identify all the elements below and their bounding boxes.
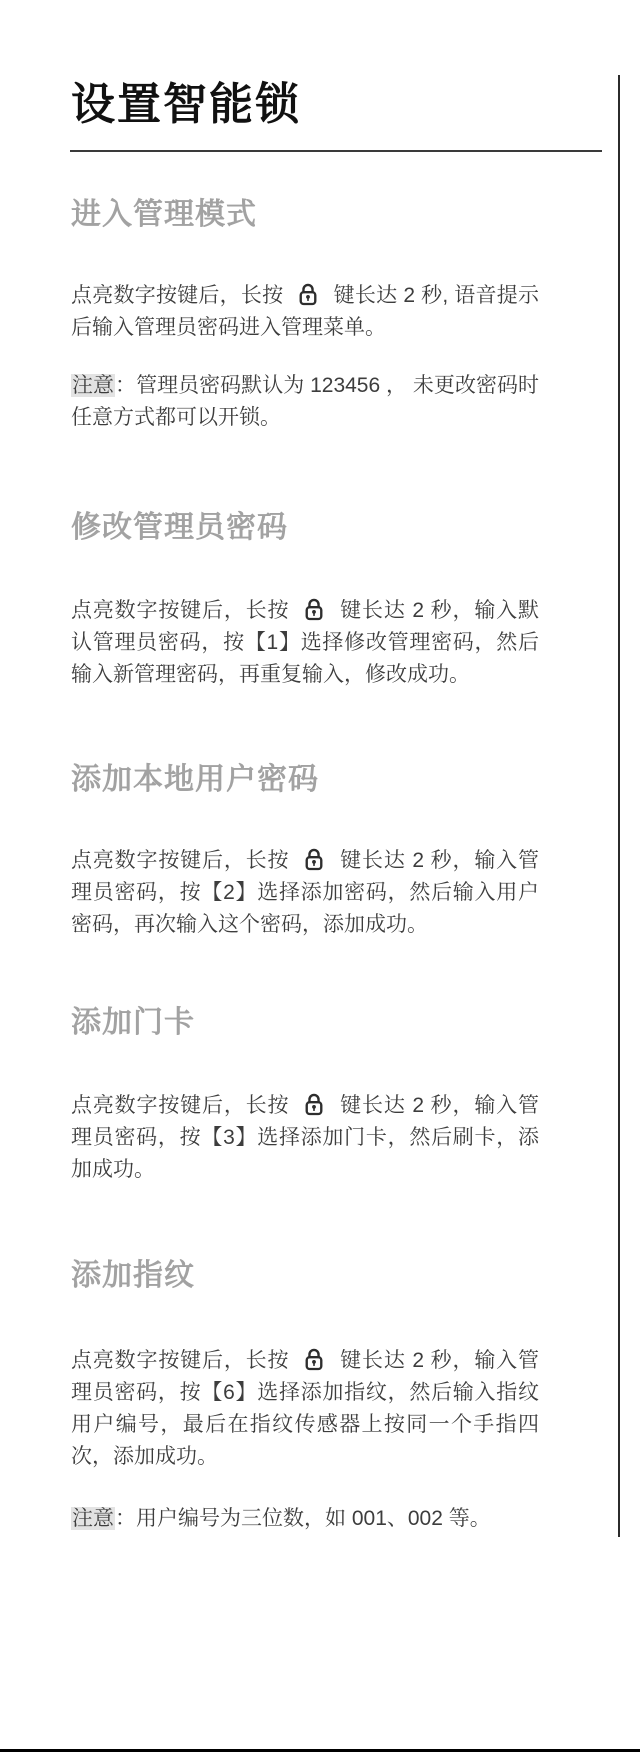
note-text: ：管理员密码默认为 123456 ， 未更改密码时任意方式都可以开锁。 (71, 374, 539, 429)
lock-icon (298, 282, 318, 306)
note: 注意：管理员密码默认为 123456 ， 未更改密码时任意方式都可以开锁。 (71, 370, 539, 434)
section-heading-add-local-user-password: 添加本地用户密码 (71, 762, 319, 798)
title-divider (70, 150, 602, 152)
paragraph-text: 点亮数字按键后，长按 (71, 599, 289, 622)
note-text: ：用户编号为三位数，如 001、002 等。 (115, 1507, 491, 1530)
page-title: 设置智能锁 (71, 80, 301, 131)
lock-icon (304, 597, 324, 621)
bottom-border-line (0, 1749, 640, 1752)
section-heading-add-fingerprint: 添加指纹 (71, 1258, 195, 1294)
section-paragraph: 点亮数字按键后，长按键长达 2 秒，输入管理员密码，按【3】选择添加门卡，然后刷… (71, 1090, 539, 1186)
paragraph-text: 点亮数字按键后，长按 (71, 1349, 289, 1372)
section-heading-change-admin-password: 修改管理员密码 (71, 510, 288, 546)
lock-icon (304, 1092, 324, 1116)
note-label: 注意 (71, 374, 115, 397)
lock-icon (304, 1347, 324, 1371)
section-paragraph: 点亮数字按键后，长按键长达 2 秒，输入默认管理员密码，按【1】选择修改管理密码… (71, 595, 539, 691)
lock-icon (304, 847, 324, 871)
paragraph-text: 点亮数字按键后，长按 (71, 849, 289, 872)
note-label: 注意 (71, 1507, 115, 1530)
note: 注意：用户编号为三位数，如 001、002 等。 (71, 1503, 539, 1535)
manual-page: 设置智能锁 进入管理模式 点亮数字按键后，长按键长达 2 秒, 语音提示后输入管… (0, 0, 640, 1755)
right-border-line (618, 75, 620, 1537)
paragraph-text: 点亮数字按键后，长按 (71, 1094, 289, 1117)
paragraph-text: 点亮数字按键后，长按 (71, 284, 283, 307)
section-heading-add-door-card: 添加门卡 (71, 1005, 195, 1041)
section-paragraph: 点亮数字按键后，长按键长达 2 秒，输入管理员密码，按【6】选择添加指纹，然后输… (71, 1345, 539, 1473)
section-paragraph: 点亮数字按键后，长按键长达 2 秒，输入管理员密码，按【2】选择添加密码，然后输… (71, 845, 539, 941)
section-heading-enter-admin-mode: 进入管理模式 (71, 197, 257, 233)
section-paragraph: 点亮数字按键后，长按键长达 2 秒, 语音提示后输入管理员密码进入管理菜单。 (71, 280, 539, 344)
